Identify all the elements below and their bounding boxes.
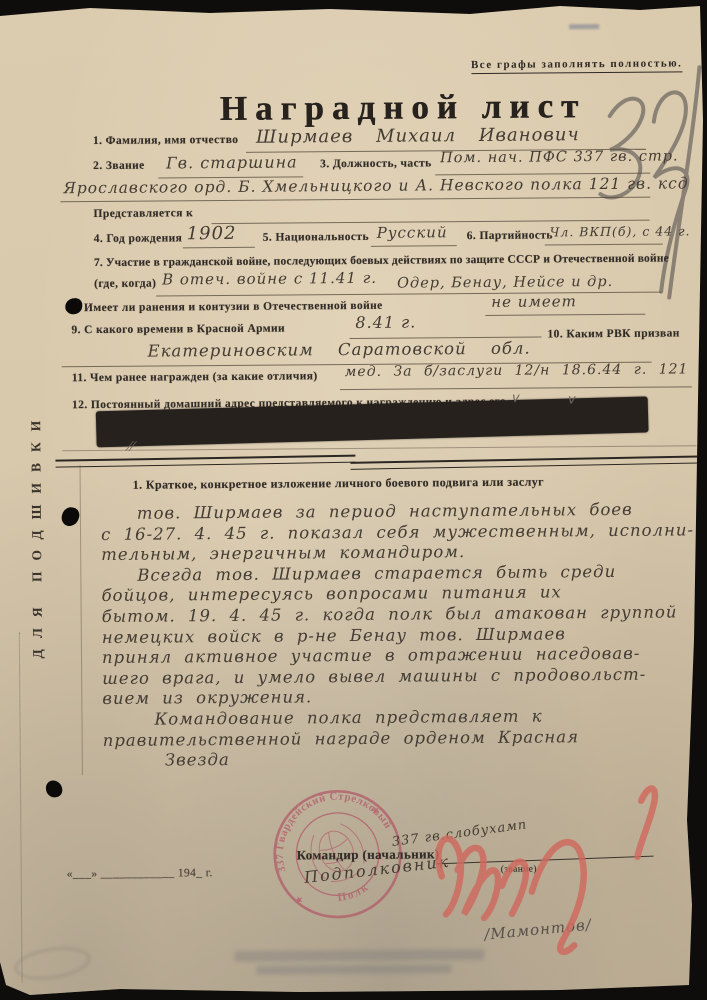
perforation-line (19, 633, 23, 983)
field-8-label: 8. Имеет ли ранения и контузии в Отечест… (71, 300, 382, 314)
bleed-through-smudge (256, 964, 451, 975)
field-1-value: Ширмаев Михаил Иванович (256, 124, 580, 148)
pencil-check-mark: 𝘷 (568, 392, 577, 407)
field-9-value: 8.41 г. (355, 313, 416, 332)
field-3-value-line1: Пом. нач. ПФС 337 гв. стр. (440, 148, 679, 166)
field-6-value: Чл. ВКП(б), с 44 г. (550, 223, 691, 239)
field-11-label: 11. Чем ранее награжден (за какие отличи… (72, 370, 318, 384)
field-2-label: 2. Звание (93, 160, 145, 172)
field-6-label: 6. Партийность (467, 229, 553, 242)
field-10-value: Екатериновским Саратовской обл. (148, 339, 531, 361)
field-1-label: 1. Фамилия, имя отчество (93, 134, 238, 147)
stamp-star-icon: ★ (293, 894, 306, 908)
field-7-value-1: В отеч. войне с 11.41 г. (162, 269, 377, 289)
hole-punch (45, 779, 64, 799)
field-2-value: Гв. старшина (166, 152, 298, 172)
field-10-label: 10. Каким РВК призван (547, 327, 679, 340)
present-label: Представляется к (93, 207, 193, 220)
sheet-edge (80, 465, 83, 775)
field-3-label: 3. Должность, часть (320, 157, 432, 170)
red-signature (423, 773, 669, 950)
bleed-through-smudge (234, 949, 484, 962)
margin-binding-text: ДЛЯ ПОДШИВКИ (27, 258, 46, 658)
page-title: Наградной лист (220, 86, 587, 129)
field-5-label: 5. Национальность (263, 231, 369, 244)
field-11-value: мед. За б/заслуги 12/н 18.6.44 г. 121 гв… (345, 361, 707, 380)
citation-line: Звезда (103, 747, 683, 772)
pencil-check-mark: ⁄⁄ (128, 440, 134, 455)
document-scan: Все графы заполнять полностью. document.… (0, 0, 707, 1000)
bleed-through-stamp (13, 943, 93, 984)
section-divider (350, 455, 700, 469)
citation-heading: 1. Краткое, конкретное изложение личного… (133, 475, 544, 493)
field-7-where-label: (где, когда) (94, 278, 156, 290)
section-divider (55, 455, 355, 468)
field-9-label: 9. С какого времени в Красной Армии (71, 323, 285, 337)
field-4-value: 1902 (187, 223, 237, 244)
paper-sheet: Все графы заполнять полностью. document.… (0, 0, 707, 1000)
field-8-value: не имеет (491, 292, 577, 311)
field-4-label: 4. Год рождения (94, 232, 183, 245)
field-5-value: Русский (377, 223, 448, 242)
pencil-check-mark: 𝘷 (512, 391, 521, 406)
ink-blot (65, 298, 82, 314)
citation-body: тов. Ширмаев за период наступательных бо… (101, 499, 683, 771)
date-line: «___» ____________ 194_ г. (67, 867, 213, 880)
field-7-value-2: Одер, Бенау, Нейсе и др. (397, 274, 613, 292)
hole-punch (60, 505, 81, 528)
blue-ink-smudge (569, 24, 599, 29)
